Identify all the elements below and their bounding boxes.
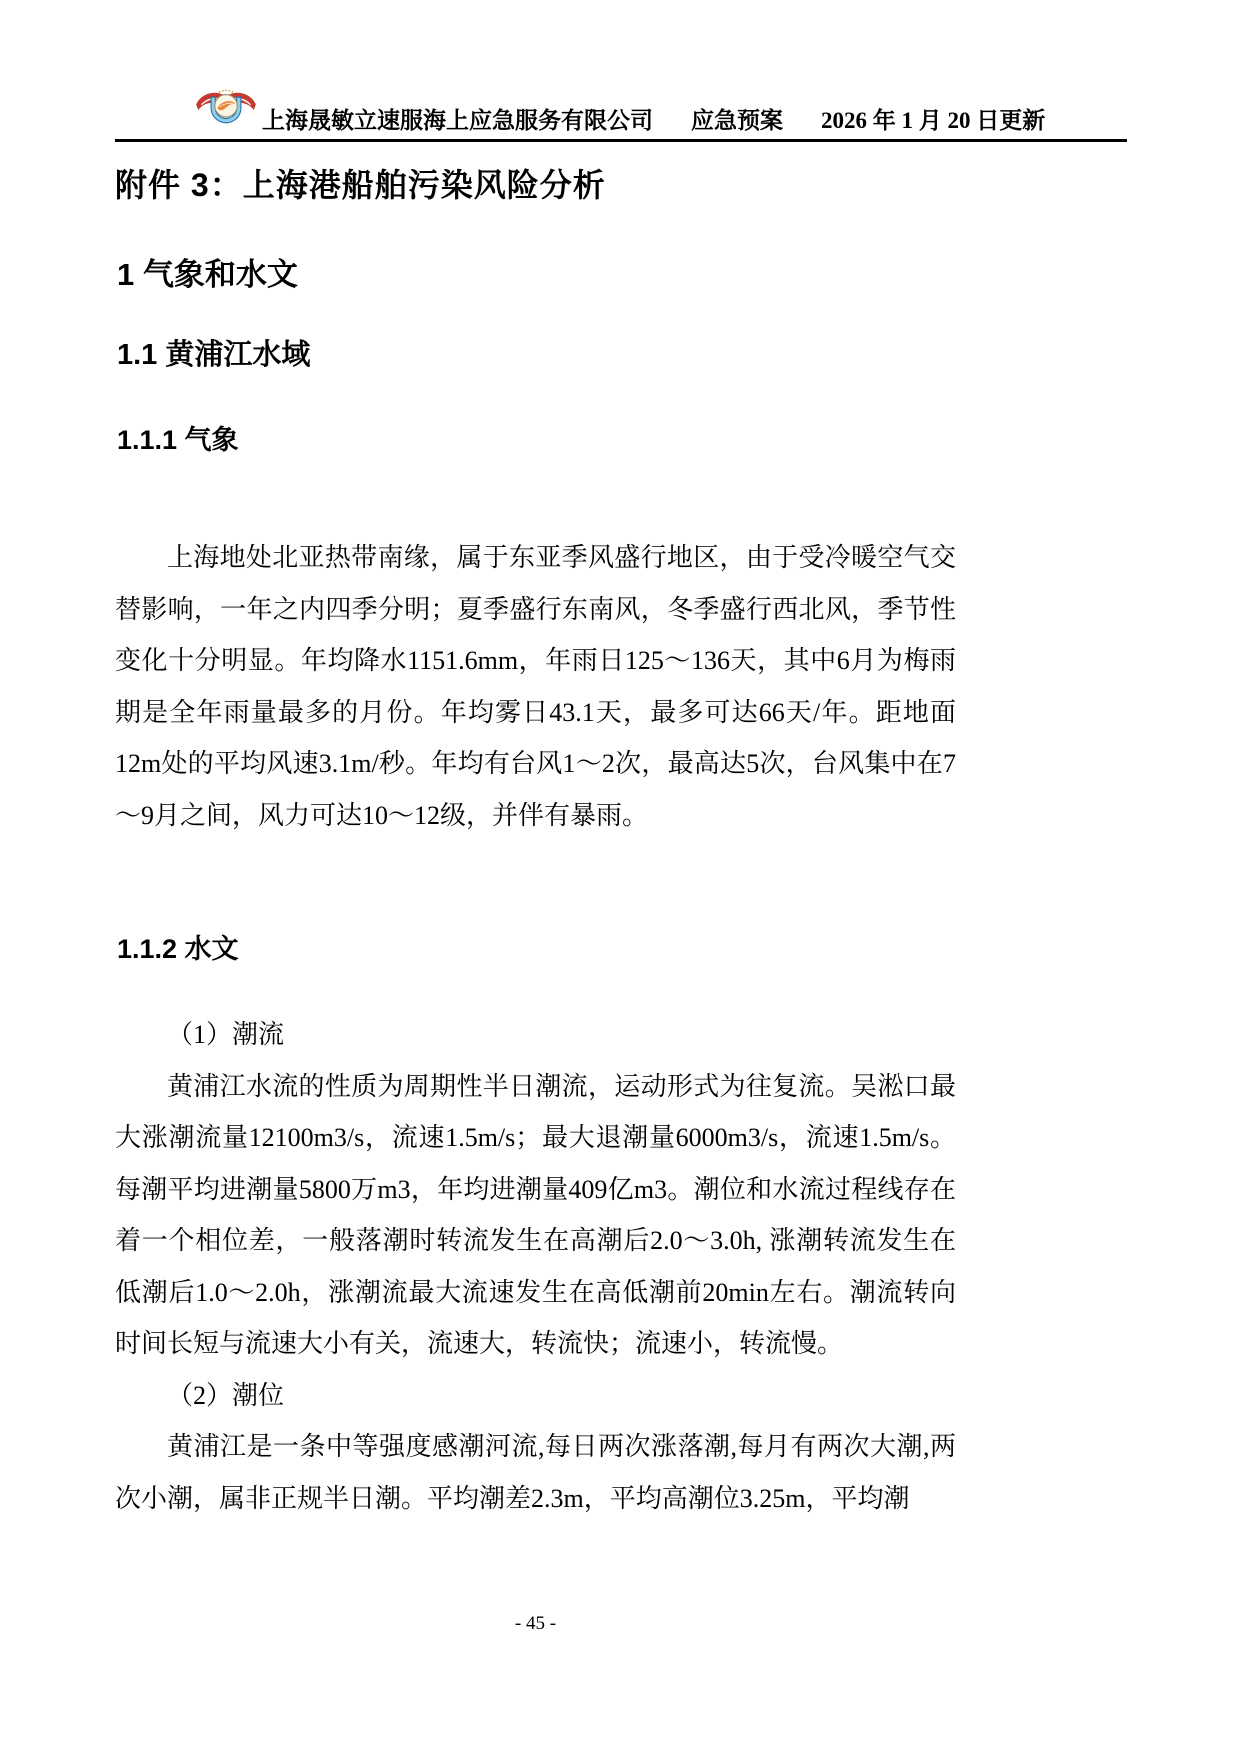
tide-level-label: （2）潮位	[115, 1370, 956, 1422]
company-name: 上海晟敏立速服海上应急服务有限公司	[262, 108, 653, 134]
company-logo	[194, 82, 258, 138]
page-header: 上海晟敏立速服海上应急服务有限公司 应急预案 2026 年 1 月 20 日更新	[262, 108, 1042, 134]
tidal-current-label: （1）潮流	[115, 1009, 956, 1061]
update-date: 2026 年 1 月 20 日更新	[821, 108, 1045, 134]
heading-1-1-1-weather: 1.1.1 气象	[117, 424, 239, 456]
header-divider	[115, 139, 1127, 142]
tide-level-paragraph: 黄浦江是一条中等强度感潮河流,每日两次涨落潮,每月有两次大潮,两次小潮，属非正规…	[115, 1421, 956, 1524]
heading-1-1-huangpu-waters: 1.1 黄浦江水域	[117, 338, 310, 373]
doc-type-label: 应急预案	[691, 108, 783, 134]
document-page: 上海晟敏立速服海上应急服务有限公司 应急预案 2026 年 1 月 20 日更新…	[0, 0, 1241, 1754]
heading-1-1-2-hydrology: 1.1.2 水文	[117, 933, 239, 965]
weather-section: 上海地处北亚热带南缘，属于东亚季风盛行地区，由于受冷暖空气交替影响，一年之内四季…	[115, 532, 956, 841]
page-footer: - 45 -	[115, 1612, 956, 1637]
attachment-title: 附件 3：上海港船舶污染风险分析	[115, 166, 606, 204]
hydrology-section: （1）潮流 黄浦江水流的性质为周期性半日潮流，运动形式为往复流。吴淞口最大涨潮流…	[115, 1009, 956, 1524]
company-emblem-icon	[194, 82, 258, 138]
heading-1-weather-hydrology: 1 气象和水文	[117, 256, 298, 293]
tidal-current-paragraph: 黄浦江水流的性质为周期性半日潮流，运动形式为往复流。吴淞口最大涨潮流量12100…	[115, 1061, 956, 1370]
weather-paragraph: 上海地处北亚热带南缘，属于东亚季风盛行地区，由于受冷暖空气交替影响，一年之内四季…	[115, 532, 956, 841]
page-number: - 45 -	[515, 1613, 556, 1634]
